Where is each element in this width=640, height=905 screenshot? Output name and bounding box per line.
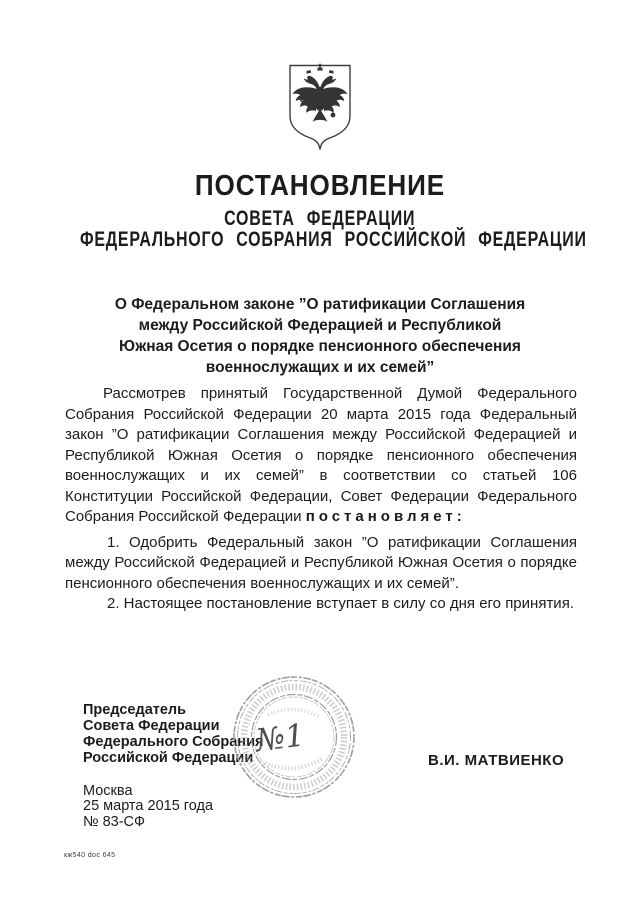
preamble-text: Рассмотрев принятый Государственной Думо…: [65, 385, 577, 525]
signatory-name: В.И. МАТВИЕНКО: [428, 752, 564, 769]
document-body: Рассмотрев принятый Государственной Думо…: [65, 384, 577, 615]
document-type-heading: ПОСТАНОВЛЕНИЕ: [0, 170, 640, 203]
document-title: О Федеральном законе ”О ратификации Согл…: [0, 294, 640, 378]
issue-city: Москва: [83, 784, 213, 799]
org-name-line2: ФЕДЕРАЛЬНОГО СОБРАНИЯ РОССИЙСКОЙ ФЕДЕРАЦ…: [0, 228, 640, 252]
coat-of-arms-icon: [287, 63, 353, 151]
title-line: О Федеральном законе ”О ратификации Согл…: [0, 294, 640, 315]
issue-date: 25 марта 2015 года: [83, 799, 213, 814]
title-line: военнослужащих и их семей”: [0, 357, 640, 378]
resolution-item-1: 1. Одобрить Федеральный закон ”О ратифик…: [65, 533, 577, 595]
document-type-text: ПОСТАНОВЛЕНИЕ: [195, 170, 445, 203]
double-headed-eagle-icon: [293, 64, 348, 122]
resolves-word: постановляет:: [306, 508, 466, 525]
round-seal-stamp-icon: №1: [230, 671, 360, 803]
title-line: Южная Осетия о порядке пенсионного обесп…: [0, 336, 640, 357]
preamble-paragraph: Рассмотрев принятый Государственной Думо…: [65, 384, 577, 528]
resolution-item-2: 2. Настоящее постановление вступает в си…: [65, 594, 577, 615]
title-line: между Российской Федерацией и Республико…: [0, 315, 640, 336]
document-page: ПОСТАНОВЛЕНИЕ СОВЕТА ФЕДЕРАЦИИ ФЕДЕРАЛЬН…: [0, 0, 640, 905]
stamp-number: №1: [252, 717, 307, 759]
issue-number: № 83-СФ: [83, 815, 213, 830]
archival-code: кж540 doc 645: [64, 852, 115, 859]
issue-details-block: Москва 25 марта 2015 года № 83-СФ: [83, 784, 213, 830]
